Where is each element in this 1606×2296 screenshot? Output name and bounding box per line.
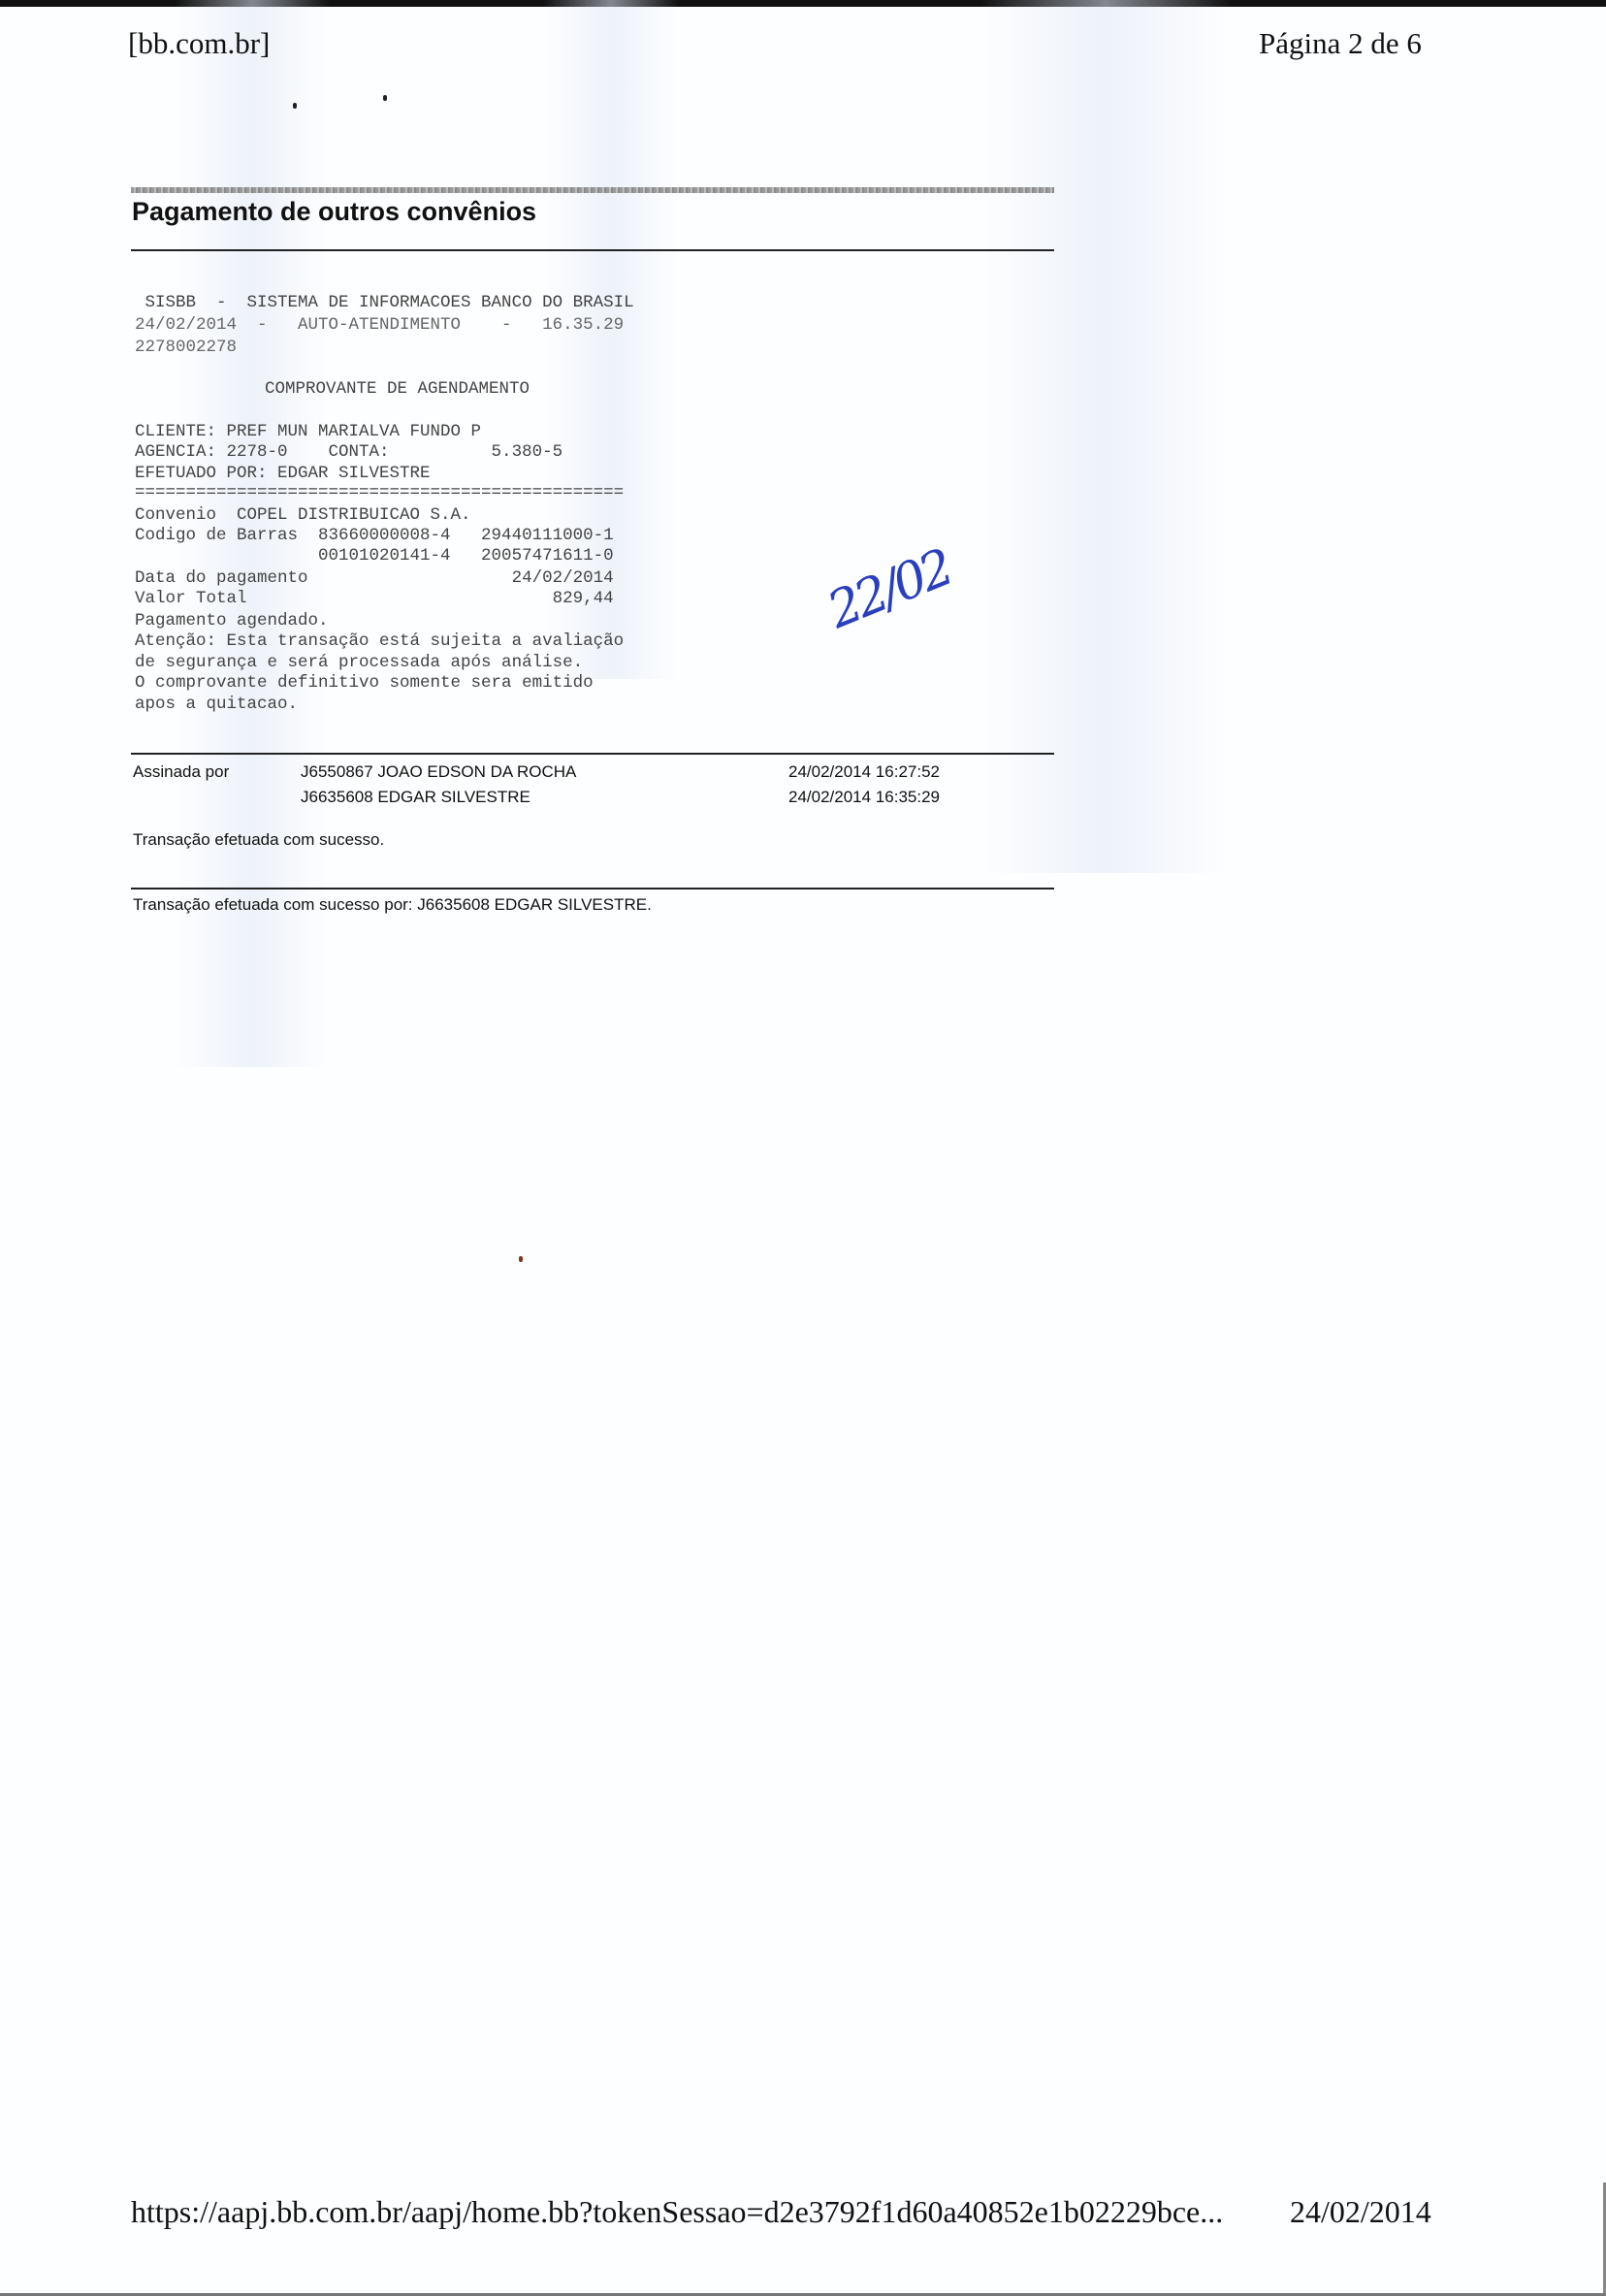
- scan-speck: [519, 1256, 523, 1262]
- section-top-bar: [131, 187, 1054, 193]
- section-divider: [131, 249, 1054, 251]
- footer-date: 24/02/2014: [1290, 2194, 1431, 2230]
- page-header-page-indicator: Página 2 de 6: [1259, 26, 1422, 61]
- receipt-terminal-id: 2278002278: [135, 337, 237, 358]
- confirmation-message: Transação efetuada com sucesso por: J663…: [133, 895, 652, 915]
- receipt-total-value: Valor Total 829,44: [135, 588, 614, 609]
- scan-speck: [383, 95, 387, 101]
- signatures-divider: [131, 753, 1054, 755]
- receipt-payment-date: Data do pagamento 24/02/2014: [135, 567, 614, 589]
- success-message: Transação efetuada com sucesso.: [133, 830, 384, 850]
- receipt-efetuado-por: EFETUADO POR: EDGAR SILVESTRE: [135, 463, 431, 484]
- receipt-agencia-conta: AGENCIA: 2278-0 CONTA: 5.380-5: [135, 441, 562, 463]
- scan-speck: [293, 103, 297, 109]
- handwritten-annotation: 22/02: [820, 539, 959, 640]
- receipt-warning-4: apos a quitacao.: [135, 694, 298, 715]
- receipt-warning-2: de segurança e será processada após anál…: [135, 652, 583, 673]
- receipt-barcode-2: 00101020141-4 20057471611-0: [135, 545, 614, 566]
- receipt-date-line: 24/02/2014 - AUTO-ATENDIMENTO - 16.35.29: [135, 314, 624, 336]
- receipt-separator: ========================================…: [135, 482, 624, 503]
- receipt-warning-1: Atenção: Esta transação está sujeita a a…: [135, 631, 624, 652]
- section-title: Pagamento de outros convênios: [132, 197, 536, 227]
- receipt-convenio: Convenio COPEL DISTRIBUICAO S.A.: [135, 504, 471, 526]
- scan-shadow: [980, 0, 1232, 873]
- receipt-barcode-1: Codigo de Barras 83660000008-4 294401110…: [135, 525, 614, 546]
- signature-timestamp-2: 24/02/2014 16:35:29: [788, 788, 940, 807]
- receipt-warning-3: O comprovante definitivo somente sera em…: [135, 672, 594, 694]
- confirmation-divider: [131, 888, 1054, 889]
- page-header-site: [bb.com.br]: [128, 26, 270, 61]
- receipt-system-line: SISBB - SISTEMA DE INFORMACOES BANCO DO …: [135, 292, 634, 313]
- footer-url: https://aapj.bb.com.br/aapj/home.bb?toke…: [131, 2194, 1223, 2230]
- receipt-cliente: CLIENTE: PREF MUN MARIALVA FUNDO P: [135, 421, 481, 442]
- signatures-label: Assinada por: [133, 762, 229, 782]
- signature-signer-1: J6550867 JOAO EDSON DA ROCHA: [301, 762, 576, 782]
- signature-timestamp-1: 24/02/2014 16:27:52: [788, 762, 940, 782]
- receipt-title: COMPROVANTE DE AGENDAMENTO: [265, 378, 530, 400]
- receipt-status: Pagamento agendado.: [135, 610, 329, 631]
- signature-signer-2: J6635608 EDGAR SILVESTRE: [301, 788, 530, 807]
